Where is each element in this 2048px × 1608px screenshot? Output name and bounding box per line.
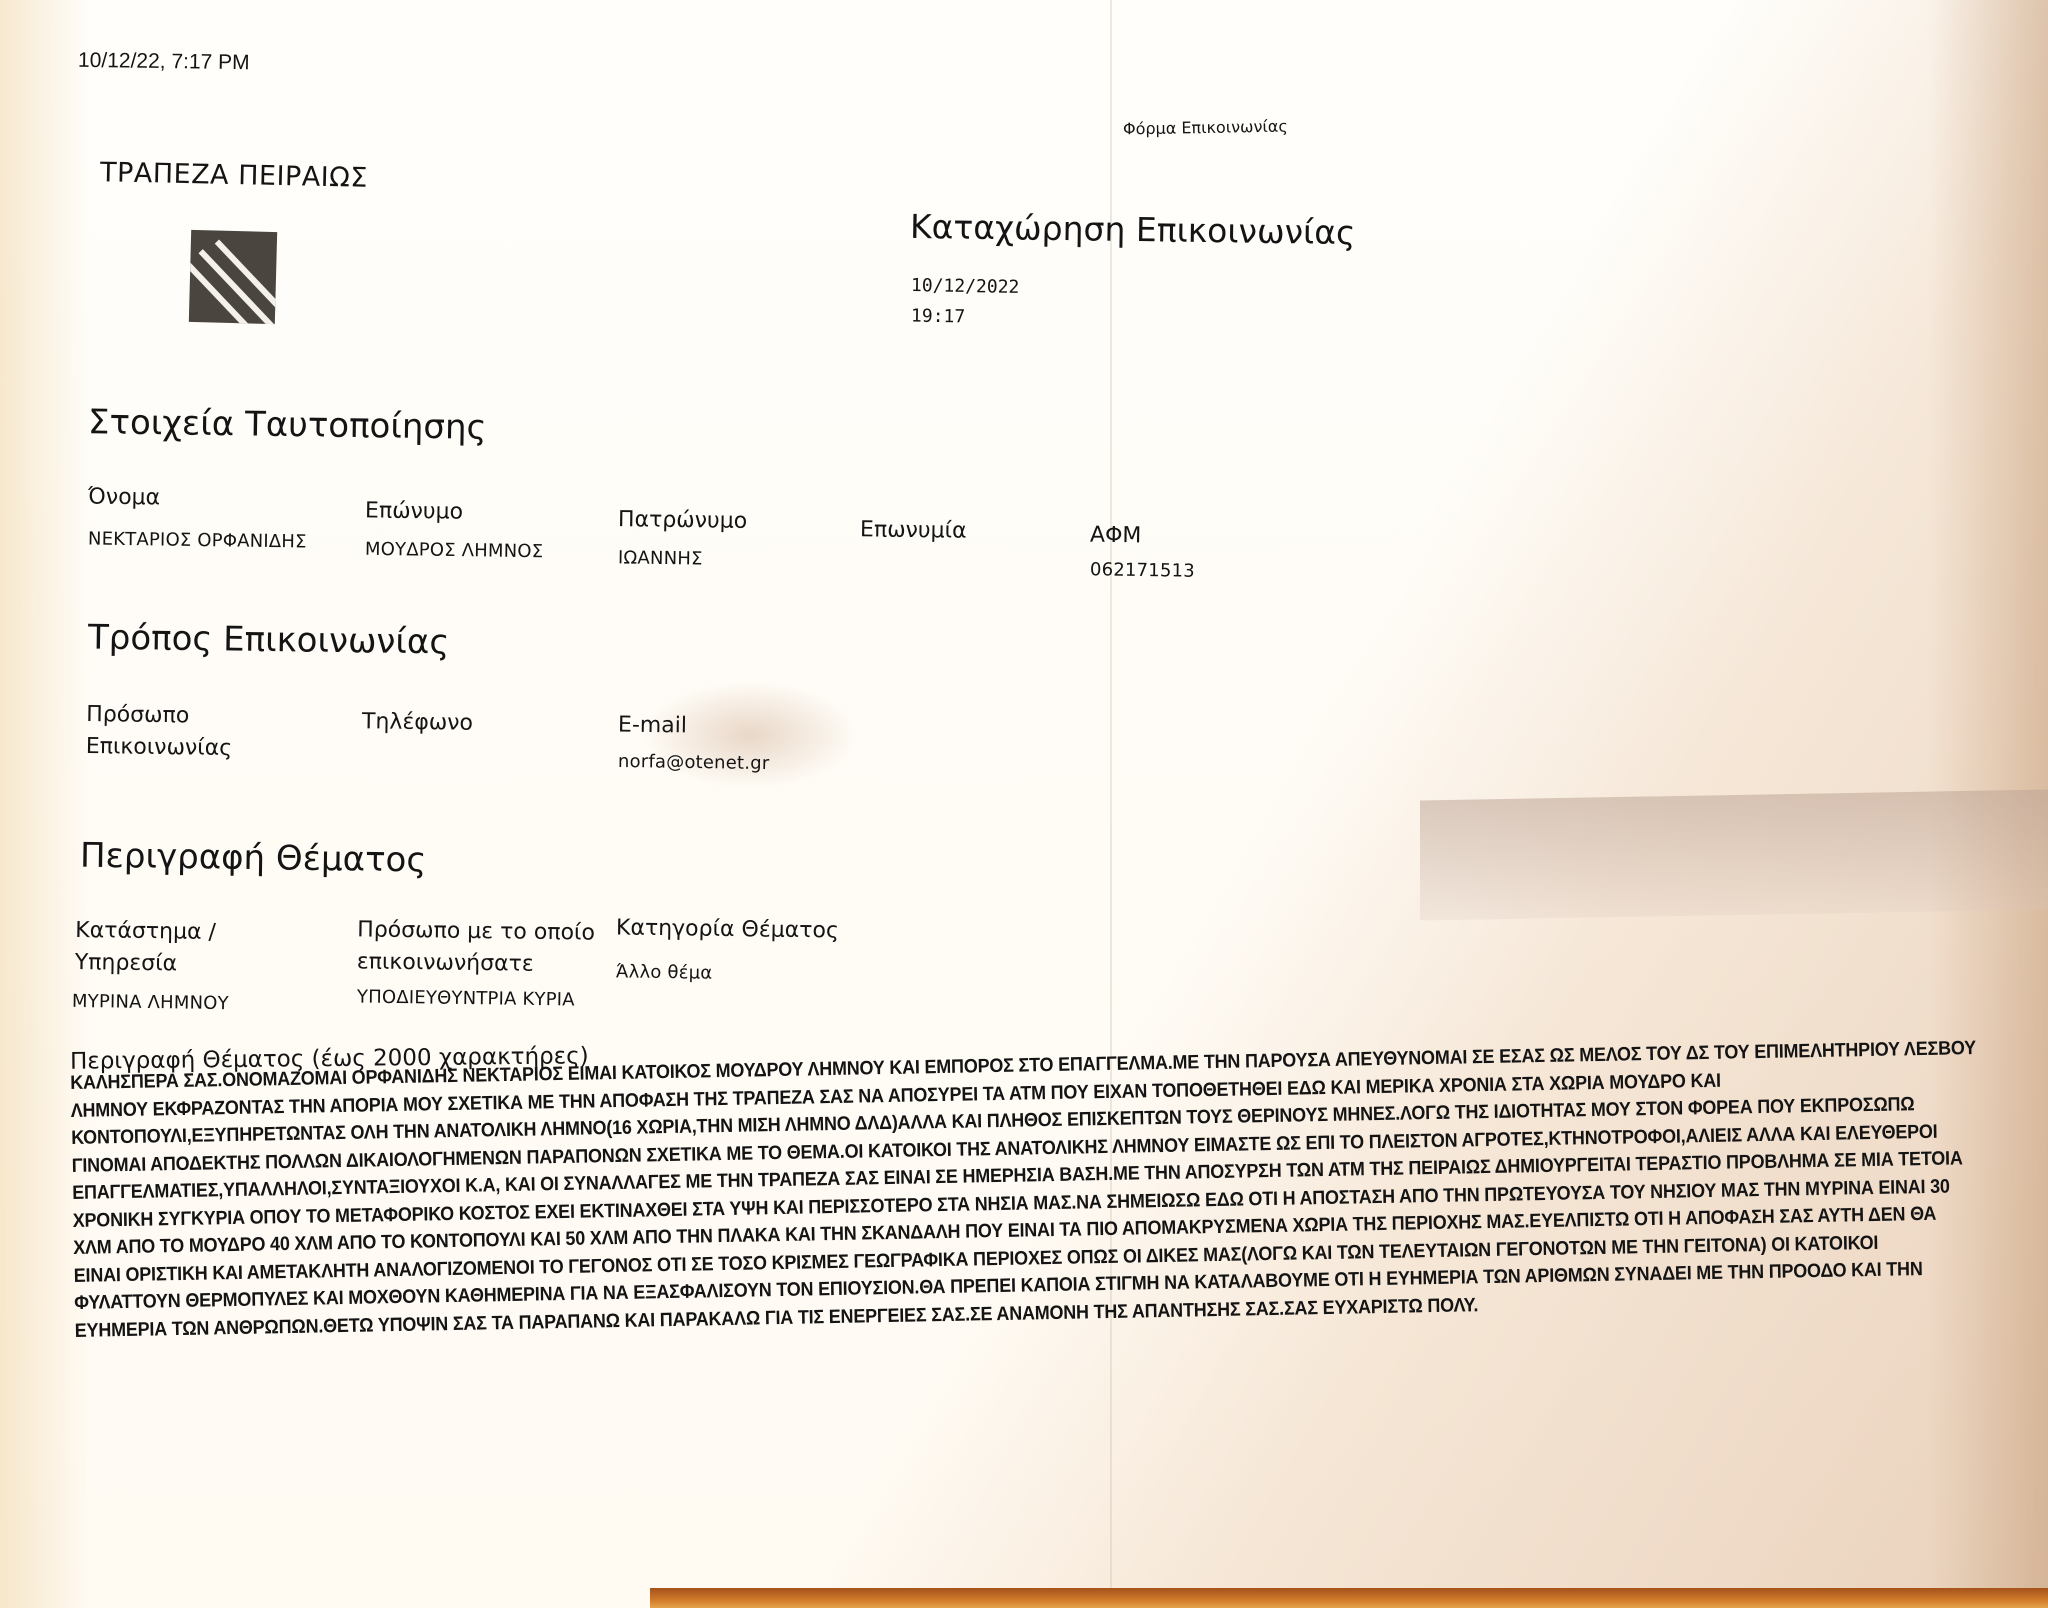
section-title-contact-method: Τρόπος Επικοινωνίας	[88, 617, 450, 662]
form-name: Φόρμα Επικοινωνίας	[1123, 117, 1288, 139]
label-branch-line1: Κατάστημα /	[75, 915, 216, 949]
value-last-name: ΜΟΥΔΡΟΣ ΛΗΜΝΟΣ	[365, 539, 544, 562]
label-subject-category: Κατηγορία Θέματος	[616, 912, 839, 947]
label-branch: Κατάστημα / Υπηρεσία	[75, 915, 217, 981]
value-first-name: ΝΕΚΤΑΡΙΟΣ ΟΡΦΑΝΙΔΗΣ	[88, 528, 307, 552]
label-contact-person-line2: Επικοινωνίας	[86, 731, 233, 765]
paper-shadow-left	[0, 0, 90, 1608]
label-email: E-mail	[618, 710, 687, 743]
label-person-contacted: Πρόσωπο με το οποίο επικοινωνήσατε	[357, 914, 596, 981]
registration-date: 10/12/2022	[911, 275, 1020, 298]
label-company-name: Επωνυμία	[860, 514, 967, 547]
value-person-contacted: ΥΠΟΔΙΕΥΘΥΝΤΡΙΑ ΚΥΡΙΑ	[357, 986, 575, 1010]
value-subject-category: Άλλο θέμα	[616, 961, 713, 983]
label-person-contacted-line2: επικοινωνήσατε	[357, 946, 595, 981]
piraeus-bank-logo-icon	[189, 230, 277, 324]
label-contact-person-line1: Πρόσωπο	[86, 699, 233, 733]
section-title-subject: Περιγραφή Θέματος	[80, 836, 427, 881]
label-tax-id: ΑΦΜ	[1090, 520, 1142, 553]
label-first-name: Όνομα	[88, 481, 161, 514]
label-phone: Τηλέφωνο	[362, 706, 473, 740]
value-tax-id: 062171513	[1090, 559, 1195, 581]
value-branch: ΜΥΡΙΝΑ ΛΗΜΝΟΥ	[72, 991, 229, 1014]
bank-name: ΤΡΑΠΕΖΑ ΠΕΙΡΑΙΩΣ	[100, 157, 368, 194]
value-fathers-name: ΙΩΑΝΝΗΣ	[618, 547, 703, 569]
label-contact-person: Πρόσωπο Επικοινωνίας	[86, 699, 233, 765]
label-fathers-name: Πατρώνυμο	[618, 504, 748, 538]
registration-title: Καταχώρηση Επικοινωνίας	[910, 207, 1356, 252]
registration-time: 19:17	[911, 306, 966, 328]
description-body: ΚΑΛΗΣΠΕΡΑ ΣΑΣ.ΟΝΟΜΑΖΟΜΑΙ ΟΡΦΑΝΙΔΗΣ ΝΕΚΤΑ…	[70, 1035, 1995, 1345]
value-email: norfa@otenet.gr	[618, 751, 770, 774]
paper-fold-horizontal	[1420, 790, 2048, 921]
label-person-contacted-line1: Πρόσωπο με το οποίο	[357, 914, 595, 949]
print-timestamp: 10/12/22, 7:17 PM	[78, 49, 250, 75]
label-last-name: Επώνυμο	[365, 495, 463, 528]
table-surface	[650, 1588, 2048, 1608]
label-branch-line2: Υπηρεσία	[75, 947, 216, 981]
section-title-identification: Στοιχεία Ταυτοποίησης	[88, 402, 487, 448]
